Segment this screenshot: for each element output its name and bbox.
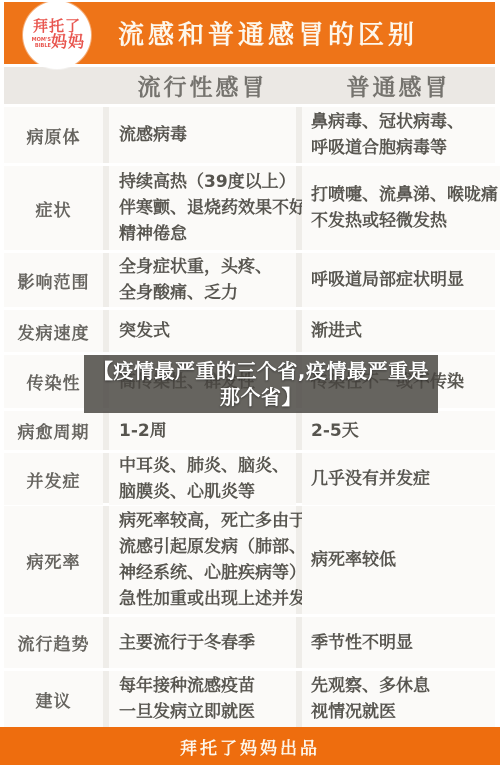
column-header-cold: 普通感冒 — [302, 69, 495, 102]
flu-cell: 主要流行于冬春季 — [109, 617, 296, 668]
flu-cell: 突发式 — [109, 310, 296, 352]
table-row: 影响范围 全身症状重，头疼、全身酸痛、乏力 呼吸道局部症状明显 — [4, 253, 495, 307]
row-label: 影响范围 — [4, 253, 103, 307]
row-label: 流行趋势 — [4, 617, 103, 668]
flu-cell: 流感病毒 — [109, 107, 296, 163]
footer-banner: 拜托了妈妈出品 — [0, 727, 500, 765]
table-row: 并发症 中耳炎、肺炎、脑炎、脑膜炎、心肌炎等 几乎没有并发症 — [4, 453, 495, 503]
table-row: 流行趋势 主要流行于冬春季 季节性不明显 — [4, 617, 495, 668]
flu-cell: 持续高热（39度以上）伴寒颤、退烧药效果不好精神倦怠 — [109, 166, 296, 250]
row-label: 并发症 — [4, 453, 103, 505]
row-label: 病原体 — [4, 107, 103, 163]
table-row: 病死率 病死率较高，死亡多由于流感引起原发病（肺部、神经系统、心脏疾病等）急性加… — [4, 506, 495, 614]
table-row: 病原体 流感病毒 鼻病毒、冠状病毒、呼吸道合胞病毒等 — [4, 107, 495, 163]
cold-cell: 打喷嚏、流鼻涕、喉咙痛不发热或轻微发热 — [302, 166, 500, 250]
table-row: 建议 每年接种流感疫苗一旦发病立即就医 先观察、多休息视情况就医 — [4, 671, 495, 727]
cold-cell: 2-5天 — [302, 411, 495, 450]
cold-cell: 呼吸道局部症状明显 — [302, 253, 495, 307]
comparison-table-body: 病原体 流感病毒 鼻病毒、冠状病毒、呼吸道合胞病毒等 症状 持续高热（39度以上… — [4, 107, 495, 730]
cold-cell: 季节性不明显 — [302, 617, 495, 668]
flu-cell: 中耳炎、肺炎、脑炎、脑膜炎、心肌炎等 — [109, 453, 296, 505]
cold-cell: 病死率较低 — [302, 506, 495, 614]
footer-credit: 拜托了妈妈出品 — [180, 734, 320, 759]
caption-line1: 【疫情最严重的三个省,疫情最严重是 — [93, 358, 429, 384]
row-label: 症状 — [4, 166, 103, 250]
row-label: 病死率 — [4, 506, 103, 614]
infographic-page: 流感和普通感冒的区别 拜托了 MOM'S BIBLE 妈妈 流行性感冒 普通感冒… — [0, 0, 500, 765]
table-row: 病愈周期 1-2周 2-5天 — [4, 411, 495, 450]
caption-overlay: 【疫情最严重的三个省,疫情最严重是 那个省】 — [84, 355, 438, 413]
logo-text-line2: 妈妈 — [51, 34, 85, 51]
page-title: 流感和普通感冒的区别 — [118, 15, 418, 52]
row-label: 发病速度 — [4, 310, 103, 352]
cold-cell: 几乎没有并发症 — [302, 453, 495, 505]
cold-cell: 鼻病毒、冠状病毒、呼吸道合胞病毒等 — [302, 107, 495, 163]
column-header-flu: 流行性感冒 — [109, 69, 296, 102]
column-header-row: 流行性感冒 普通感冒 — [4, 67, 495, 104]
row-label: 病愈周期 — [4, 411, 103, 450]
cold-cell: 先观察、多休息视情况就医 — [302, 671, 495, 727]
flu-cell: 1-2周 — [109, 411, 296, 450]
logo-text-row: MOM'S BIBLE 妈妈 — [29, 34, 85, 51]
table-row: 发病速度 突发式 渐进式 — [4, 310, 495, 352]
moms-bible-logo: 拜托了 MOM'S BIBLE 妈妈 — [23, 1, 91, 69]
flu-cell: 病死率较高，死亡多由于流感引起原发病（肺部、神经系统、心脏疾病等）急性加重或出现… — [109, 506, 296, 614]
table-row: 症状 持续高热（39度以上）伴寒颤、退烧药效果不好精神倦怠 打喷嚏、流鼻涕、喉咙… — [4, 166, 495, 250]
flu-cell: 每年接种流感疫苗一旦发病立即就医 — [109, 671, 296, 727]
row-label: 建议 — [4, 671, 103, 727]
cold-cell: 渐进式 — [302, 310, 495, 352]
logo-subtext: MOM'S BIBLE — [29, 37, 51, 49]
flu-cell: 全身症状重，头疼、全身酸痛、乏力 — [109, 253, 296, 307]
caption-line2: 那个省】 — [220, 384, 302, 410]
